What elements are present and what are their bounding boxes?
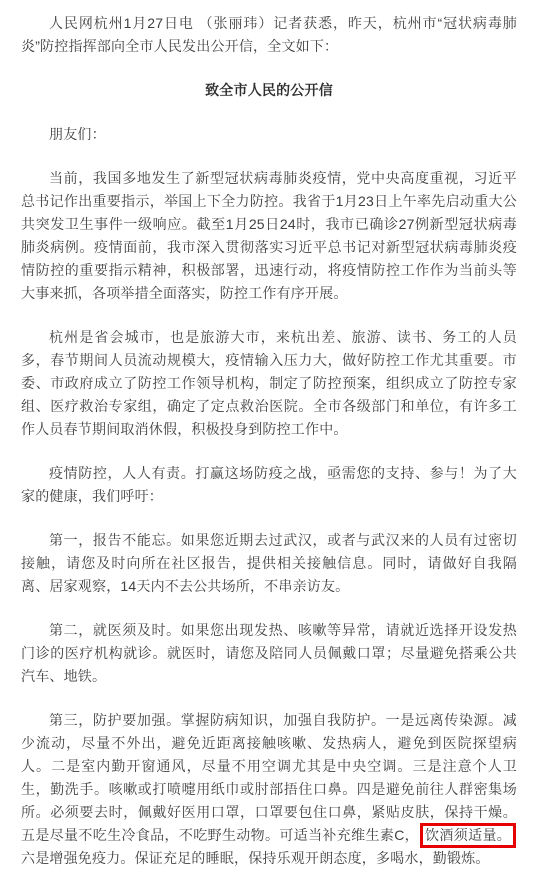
paragraph-hangzhou-measures: 杭州是省会城市，也是旅游大市，来杭出差、旅游、读书、务工的人员多，春节期间人员流… — [21, 326, 517, 441]
final-paragraph-after-highlight: 六是增强免疫力。保证充足的睡眠，保持乐观开朗态度，多喝水，勤锻炼。 — [21, 850, 490, 866]
paragraph-first-report: 第一，报告不能忘。如果您近期去过武汉，或者与武汉来的人员有过密切接触，请您及时向… — [21, 529, 517, 598]
highlighted-phrase: 饮酒须适量。 — [425, 827, 511, 843]
red-annotation-box: 饮酒须适量。 — [420, 823, 516, 848]
article-title: 致全市人民的公开信 — [21, 79, 517, 102]
paragraph-third-protection: 第三，防护要加强。掌握防病知识，加强自我防护。一是远离传染源。减少流动，尽量不外… — [21, 709, 517, 870]
paragraph-current-situation: 当前，我国多地发生了新型冠状病毒肺炎疫情，党中央高度重视，习近平总书记作出重要指… — [21, 167, 517, 305]
paragraph-second-seek-treatment: 第二，就医须及时。如果您出现发热、咳嗽等异常，请就近选择开设发热门诊的医疗机构就… — [21, 619, 517, 688]
article-body: 人民网杭州1月27日电 （张丽玮）记者获悉，昨天，杭州市“冠状病毒肺炎”防控指挥… — [0, 0, 538, 880]
paragraph-appeal-for-support: 疫情防控，人人有责。打赢这场防疫之战，亟需您的支持、参与！为了大家的健康，我们呼… — [21, 462, 517, 508]
salutation: 朋友们： — [21, 123, 517, 146]
article-lead: 人民网杭州1月27日电 （张丽玮）记者获悉，昨天，杭州市“冠状病毒肺炎”防控指挥… — [21, 12, 517, 58]
